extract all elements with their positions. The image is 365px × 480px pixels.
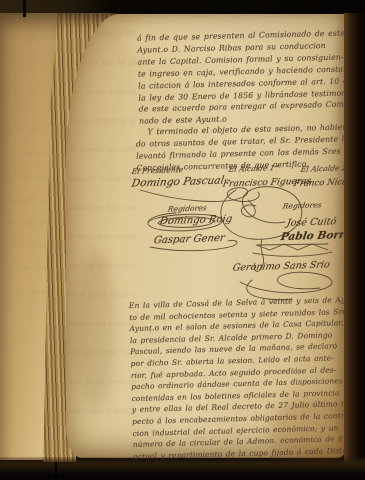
manuscript-paragraph-1: á fin de que se presenten al Comisionado…: [137, 27, 355, 127]
president-title: El Presidente: [131, 165, 184, 176]
manuscript-paragraph-3: En la villa de Cassá de la Selva á veint…: [129, 294, 355, 462]
regidores-right-label: Regidores: [282, 200, 322, 210]
book-photo: En la villa de Cassá de la Selva á veint…: [0, 0, 365, 480]
book-right-edge: [344, 0, 365, 480]
book-cover-notch: [23, 0, 26, 17]
regidor-signature: José Cuitó: [286, 216, 337, 229]
paper-stain: [75, 250, 115, 410]
regidores-left-label: Regidores: [167, 203, 207, 213]
regidor-signature: Pablo Borri: [280, 229, 350, 243]
photo-top-shadow: [0, 0, 365, 13]
alcalde1-title: El Alcalde 1°: [228, 163, 279, 174]
table-edge-line: [55, 462, 57, 480]
